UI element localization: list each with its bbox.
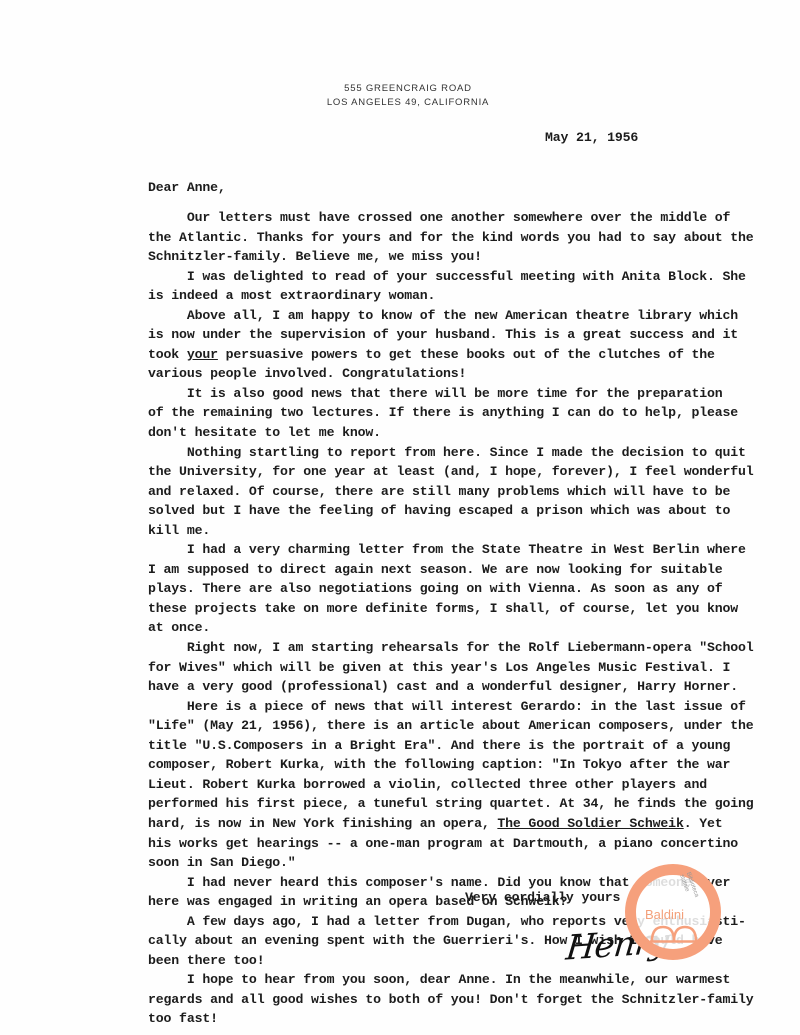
letter-line: plays. There are also negotiations going… [148,579,798,599]
letter-line: various people involved. Congratulations… [148,364,798,384]
letter-line: of the remaining two lectures. If there … [148,403,798,423]
letter-line: for Wives" which will be given at this y… [148,658,798,678]
letter-line: title "U.S.Composers in a Bright Era". A… [148,736,798,756]
letter-line: regards and all good wishes to both of y… [148,990,798,1010]
letter-line: I am supposed to direct again next seaso… [148,560,798,580]
letter-line: have a very good (professional) cast and… [148,677,798,697]
closing: Very cordially yours [465,890,620,905]
letter-line: Lieut. Robert Kurka borrowed a violin, c… [148,775,798,795]
line-text: hard, is now in New York finishing an op… [148,816,497,831]
letter-line: and relaxed. Of course, there are still … [148,482,798,502]
stamp-top-text: Biblioteca statale [677,872,700,905]
letter-line: Above all, I am happy to know of the new… [148,306,798,326]
letter-page: 555 GREENCRAIG ROAD LOS ANGELES 49, CALI… [0,0,800,1035]
letter-line: hard, is now in New York finishing an op… [148,814,798,834]
letter-line: Right now, I am starting rehearsals for … [148,638,798,658]
letter-line: performed his first piece, a tuneful str… [148,794,798,814]
letterhead-address-line1: 555 GREENCRAIG ROAD [8,83,800,94]
letter-line: solved but I have the feeling of having … [148,501,798,521]
letter-line: Nothing startling to report from here. S… [148,443,798,463]
letter-line: It is also good news that there will be … [148,384,798,404]
stamp-name-text: Baldini [645,907,684,922]
letterhead-address-line2: LOS ANGELES 49, CALIFORNIA [8,97,800,108]
letter-line: is now under the supervision of your hus… [148,325,798,345]
letter-line: Schnitzler-family. Believe me, we miss y… [148,247,798,267]
letter-line: too fast! [148,1009,798,1029]
letter-line: took your persuasive powers to get these… [148,345,798,365]
library-stamp: Biblioteca statale Baldini [625,864,721,960]
open-book-icon [650,925,698,943]
letter-date: May 21, 1956 [545,130,638,145]
letter-line: been there too! [148,951,798,971]
line-text: took [148,347,187,362]
letter-line: soon in San Diego." [148,853,798,873]
salutation: Dear Anne, [148,180,226,195]
letter-line: don't hesitate to let me know. [148,423,798,443]
line-text: persuasive powers to get these books out… [218,347,715,362]
letter-line: the Atlantic. Thanks for yours and for t… [148,228,798,248]
line-text: . Yet [684,816,723,831]
letter-line: is indeed a most extraordinary woman. [148,286,798,306]
letter-line: kill me. [148,521,798,541]
letter-line: these projects take on more definite for… [148,599,798,619]
letter-line: I had a very charming letter from the St… [148,540,798,560]
letter-line: composer, Robert Kurka, with the followi… [148,755,798,775]
underlined-text: The Good Soldier Schweik [497,816,683,831]
letter-line: at once. [148,618,798,638]
letter-line: his works get hearings -- a one-man prog… [148,834,798,854]
letter-line: Here is a piece of news that will intere… [148,697,798,717]
letter-line: "Life" (May 21, 1956), there is an artic… [148,716,798,736]
letter-line: I hope to hear from you soon, dear Anne.… [148,970,798,990]
letter-line: I was delighted to read of your successf… [148,267,798,287]
letter-line: Our letters must have crossed one anothe… [148,208,798,228]
letter-line: the University, for one year at least (a… [148,462,798,482]
stamp-name: Baldini [645,907,684,922]
underlined-text: your [187,347,218,362]
